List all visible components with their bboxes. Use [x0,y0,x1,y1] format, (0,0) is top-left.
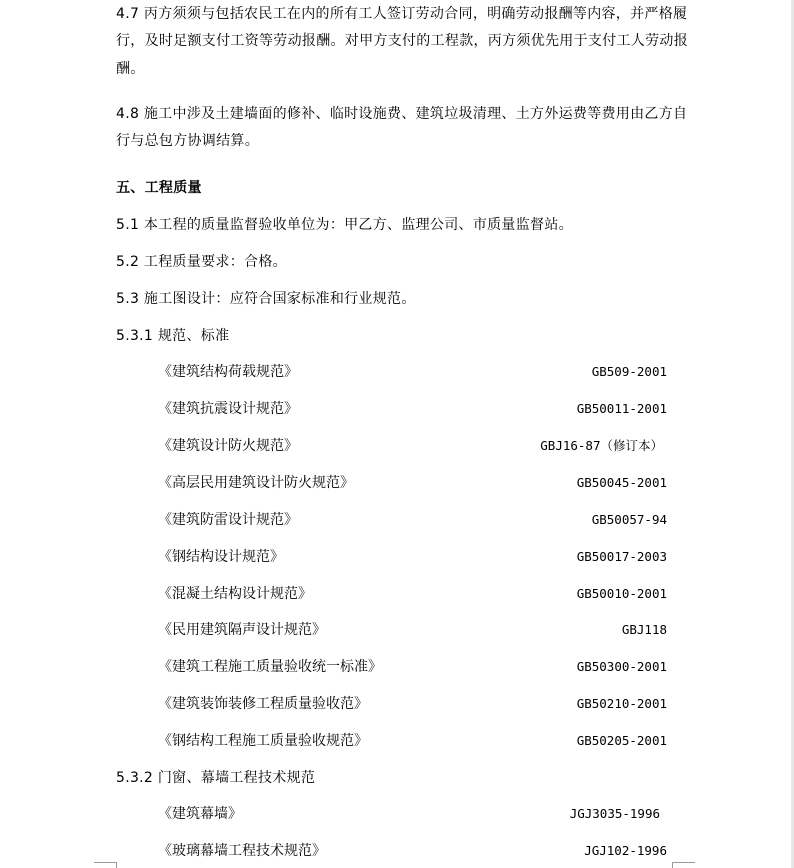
standard-title: 《建筑抗震设计规范》 [158,401,298,417]
standard-title: 《混凝土结构设计规范》 [158,586,312,602]
standard-title: 《建筑装饰装修工程质量验收范》 [158,696,368,712]
item-5-2: 5.2 工程质量要求：合格。 [116,254,287,270]
standard-title: 《钢结构工程施工质量验收规范》 [158,733,368,749]
standard-code: GB50017-2003 [577,549,667,565]
item-5-3-1: 5.3.1 规范、标准 [116,328,229,344]
standard-code: GB50205-2001 [577,733,667,749]
standard-code: GBJ16-87（修订本） [540,438,663,454]
standard-title: 《建筑设计防火规范》 [158,438,298,454]
item-5-3: 5.3 施工图设计：应符合国家标准和行业规范。 [116,291,416,307]
standard-title: 《钢结构设计规范》 [158,549,284,565]
standard-title: 《建筑防雷设计规范》 [158,512,298,528]
paragraph-4-7-line-1: 4.7 丙方须须与包括农民工在内的所有工人签订劳动合同，明确劳动报酬等内容，并严… [116,6,687,22]
standard-code: GB509-2001 [592,364,667,380]
standard-code: GB50045-2001 [577,475,667,491]
document-page: 4.7 丙方须须与包括农民工在内的所有工人签订劳动合同，明确劳动报酬等内容，并严… [0,0,791,868]
standard-code: GB50011-2001 [577,401,667,417]
page-corner-mark-right [672,862,695,868]
section-heading: 五、工程质量 [116,180,202,196]
standard-title: 《民用建筑隔声设计规范》 [158,622,326,638]
standard-code: GB50010-2001 [577,586,667,602]
standard-code: GB50057-94 [592,512,667,528]
paragraph-4-7-line-2: 行，及时足额支付工资等劳动报酬。对甲方支付的工程款，丙方须优先用于支付工人劳动报 [116,33,688,49]
paragraph-4-7-line-3: 酬。 [116,61,145,77]
standard-code: GB50300-2001 [577,659,667,675]
standard-title: 《建筑结构荷载规范》 [158,364,298,380]
standard-code: GB50210-2001 [577,696,667,712]
standard-code: GBJ118 [622,622,667,638]
standard-code: JGJ102-1996 [584,843,667,859]
standard-title: 《建筑工程施工质量验收统一标准》 [158,659,382,675]
paragraph-4-8-line-1: 4.8 施工中涉及土建墙面的修补、临时设施费、建筑垃圾清理、土方外运费等费用由乙… [116,106,687,122]
item-5-3-2: 5.3.2 门窗、幕墙工程技术规范 [116,770,315,786]
page-corner-mark-left [94,862,117,868]
standard-title: 《高层民用建筑设计防火规范》 [158,475,354,491]
paragraph-4-8-line-2: 行与总包方协调结算。 [116,133,259,149]
item-5-1: 5.1 本工程的质量监督验收单位为：甲乙方、监理公司、市质量监督站。 [116,217,573,233]
standard-title: 《建筑幕墙》 [158,806,242,822]
standard-code: JGJ3035-1996 [570,806,660,822]
standard-title: 《玻璃幕墙工程技术规范》 [158,843,326,859]
